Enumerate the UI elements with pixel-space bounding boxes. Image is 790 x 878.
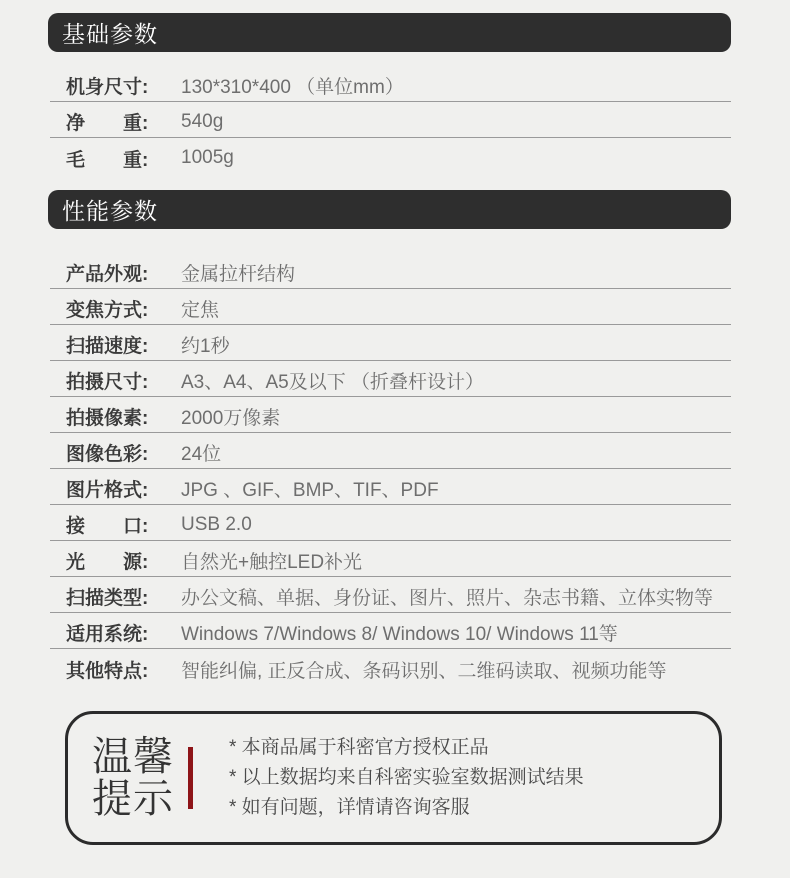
spec-row-label: 图像色彩: (66, 439, 181, 466)
spec-row-gross-weight: 毛 重: 1005g (50, 138, 731, 174)
spec-row-label: 毛 重: (66, 145, 181, 172)
section-header-basic-params: 基础参数 (48, 13, 731, 52)
spec-row-other-features: 其他特点: 智能纠偏, 正反合成、条码识别、二维码读取、视频功能等 (50, 649, 731, 685)
spec-row-interface: 接 口: USB 2.0 (50, 505, 731, 541)
spec-row-value: 办公文稿、单据、身份证、图片、照片、杂志书籍、立体实物等 (181, 583, 713, 610)
spec-row-supported-systems: 适用系统: Windows 7/Windows 8/ Windows 10/ W… (50, 613, 731, 649)
spec-row-label: 变焦方式: (66, 295, 181, 322)
spec-row-label: 适用系统: (66, 619, 181, 646)
spec-row-shoot-size: 拍摄尺寸: A3、A4、A5及以下 （折叠杆设计） (50, 361, 731, 397)
tips-list: * 本商品属于科密官方授权正品 * 以上数据均来自科密实验室数据测试结果 * 如… (229, 733, 584, 823)
spec-row-value: 24位 (181, 439, 221, 466)
spec-row-light-source: 光 源: 自然光+触控LED补光 (50, 541, 731, 577)
spec-row-value: 定焦 (181, 295, 219, 322)
spec-row-appearance: 产品外观: 金属拉杆结构 (50, 253, 731, 289)
spec-row-body-size: 机身尺寸: 130*310*400 （单位mm） (50, 66, 731, 102)
tips-title: 温馨 提示 (92, 736, 178, 820)
basic-params-table: 机身尺寸: 130*310*400 （单位mm） 净 重: 540g 毛 重: … (50, 66, 731, 174)
section-title: 基础参数 (62, 16, 158, 49)
spec-row-value: 540g (181, 111, 223, 133)
spec-row-value: 约1秒 (181, 331, 230, 358)
spec-row-label: 光 源: (66, 547, 181, 574)
tips-box: 温馨 提示 * 本商品属于科密官方授权正品 * 以上数据均来自科密实验室数据测试… (65, 711, 722, 845)
spec-row-value: JPG 、GIF、BMP、TIF、PDF (181, 475, 439, 502)
spec-row-zoom-mode: 变焦方式: 定焦 (50, 289, 731, 325)
spec-row-label: 机身尺寸: (66, 72, 181, 99)
spec-row-label: 产品外观: (66, 259, 181, 286)
spec-row-color-depth: 图像色彩: 24位 (50, 433, 731, 469)
spec-row-label: 扫描速度: (66, 331, 181, 358)
spec-row-value: 自然光+触控LED补光 (181, 547, 362, 574)
spec-row-value: Windows 7/Windows 8/ Windows 10/ Windows… (181, 619, 618, 646)
spec-row-image-formats: 图片格式: JPG 、GIF、BMP、TIF、PDF (50, 469, 731, 505)
spec-row-value: 智能纠偏, 正反合成、条码识别、二维码读取、视频功能等 (181, 656, 667, 683)
tip-item: * 如有问题，详情请咨询客服 (229, 793, 584, 823)
product-spec-page: 基础参数 机身尺寸: 130*310*400 （单位mm） 净 重: 540g … (0, 0, 790, 878)
spec-row-value: 130*310*400 （单位mm） (181, 72, 404, 99)
tip-item: * 本商品属于科密官方授权正品 (229, 733, 584, 763)
spec-row-value: 2000万像素 (181, 403, 280, 430)
spec-row-label: 拍摄像素: (66, 403, 181, 430)
spec-row-label: 净 重: (66, 108, 181, 135)
tips-title-line2: 提示 (92, 778, 178, 820)
spec-row-value: A3、A4、A5及以下 （折叠杆设计） (181, 367, 484, 394)
spec-row-value: 金属拉杆结构 (181, 259, 295, 286)
performance-params-table: 产品外观: 金属拉杆结构 变焦方式: 定焦 扫描速度: 约1秒 拍摄尺寸: A3… (50, 253, 731, 685)
spec-row-scan-types: 扫描类型: 办公文稿、单据、身份证、图片、照片、杂志书籍、立体实物等 (50, 577, 731, 613)
spec-row-value: USB 2.0 (181, 514, 252, 536)
tip-item: * 以上数据均来自科密实验室数据测试结果 (229, 763, 584, 793)
spec-row-label: 拍摄尺寸: (66, 367, 181, 394)
section-title: 性能参数 (62, 193, 158, 226)
tips-title-line1: 温馨 (92, 736, 178, 778)
spec-row-value: 1005g (181, 147, 234, 169)
spec-row-label: 其他特点: (66, 656, 181, 683)
spec-row-scan-speed: 扫描速度: 约1秒 (50, 325, 731, 361)
spec-row-net-weight: 净 重: 540g (50, 102, 731, 138)
spec-row-label: 接 口: (66, 511, 181, 538)
spec-row-label: 图片格式: (66, 475, 181, 502)
section-header-performance-params: 性能参数 (48, 190, 731, 229)
tips-red-divider (188, 747, 193, 809)
spec-row-label: 扫描类型: (66, 583, 181, 610)
spec-row-pixels: 拍摄像素: 2000万像素 (50, 397, 731, 433)
